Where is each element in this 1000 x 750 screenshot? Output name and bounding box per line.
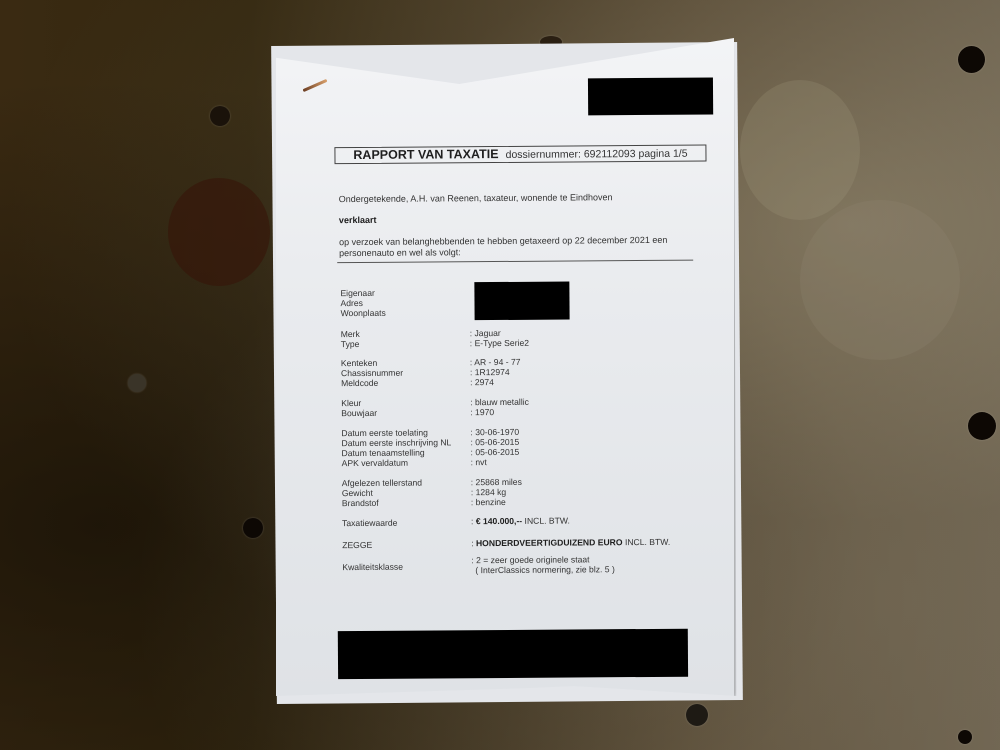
meldcode-value: : 2974 [470, 377, 494, 387]
document-content: RAPPORT VAN TAXATIE dossiernummer: 69211… [0, 0, 1000, 750]
city-label: Woonplaats [341, 308, 386, 318]
meldcode-label: Meldcode [341, 378, 378, 388]
kenteken-value: : AR - 94 - 77 [470, 357, 521, 367]
chassis-label: Chassisnummer [341, 368, 403, 378]
teller-value: : 25868 miles [471, 477, 522, 487]
inschrijving-value: : 05-06-2015 [470, 437, 519, 447]
toelating-value: : 30-06-1970 [470, 427, 519, 437]
type-label: Type [341, 339, 360, 349]
taxatiewaarde-label: Taxatiewaarde [342, 518, 397, 528]
zegge-text: HONDERDVEERTIGDUIZEND EURO [476, 537, 623, 548]
redaction-owner [474, 282, 569, 321]
type-value: : E-Type Serie2 [470, 338, 529, 348]
intro-text: Ondergetekende, A.H. van Reenen, taxateu… [339, 192, 613, 205]
taxatiewaarde-value: : € 140.000,-- INCL. BTW. [471, 516, 570, 527]
gewicht-label: Gewicht [342, 488, 373, 498]
kwaliteit-note: ( InterClassics normering, zie blz. 5 ) [475, 564, 615, 575]
toelating-label: Datum eerste toelating [341, 428, 428, 439]
statement-line-1: op verzoek van belanghebbenden te hebben… [339, 235, 667, 248]
teller-label: Afgelezen tellerstand [342, 478, 422, 489]
brandstof-label: Brandstof [342, 498, 379, 508]
address-label: Adres [340, 298, 363, 308]
tenaamstelling-value: : 05-06-2015 [471, 447, 520, 457]
zegge-value: : HONDERDVEERTIGDUIZEND EURO INCL. BTW. [471, 537, 670, 548]
report-title-box: RAPPORT VAN TAXATIE dossiernummer: 69211… [334, 145, 706, 165]
merk-label: Merk [341, 329, 360, 339]
apk-label: APK vervaldatum [342, 458, 408, 468]
apk-value: : nvt [471, 457, 487, 467]
taxatiewaarde-suffix: INCL. BTW. [524, 516, 569, 526]
kwaliteit-label: Kwaliteitsklasse [342, 562, 403, 572]
report-title: RAPPORT VAN TAXATIE [353, 147, 498, 162]
zegge-label: ZEGGE [342, 540, 372, 550]
owner-label: Eigenaar [340, 288, 374, 298]
bouwjaar-value: : 1970 [470, 407, 494, 417]
taxatiewaarde-amount: € 140.000,-- [476, 516, 522, 526]
verklaart-text: verklaart [339, 215, 377, 226]
brandstof-value: : benzine [471, 497, 506, 507]
gewicht-value: : 1284 kg [471, 487, 506, 497]
zegge-suffix: INCL. BTW. [625, 537, 670, 547]
kleur-label: Kleur [341, 398, 361, 408]
redaction-top [588, 78, 713, 116]
bouwjaar-label: Bouwjaar [341, 408, 377, 418]
merk-value: : Jaguar [470, 328, 501, 338]
dossier-number: dossiernummer: 692112093 pagina 1/5 [506, 148, 688, 161]
redaction-bottom [338, 629, 688, 679]
kenteken-label: Kenteken [341, 358, 377, 368]
statement-line-2: personenauto en wel als volgt: [339, 247, 461, 259]
inschrijving-label: Datum eerste inschrijving NL [341, 437, 451, 448]
chassis-value: : 1R12974 [470, 367, 510, 377]
tenaamstelling-label: Datum tenaamstelling [342, 448, 425, 459]
kleur-value: : blauw metallic [470, 397, 529, 407]
divider [337, 260, 693, 263]
